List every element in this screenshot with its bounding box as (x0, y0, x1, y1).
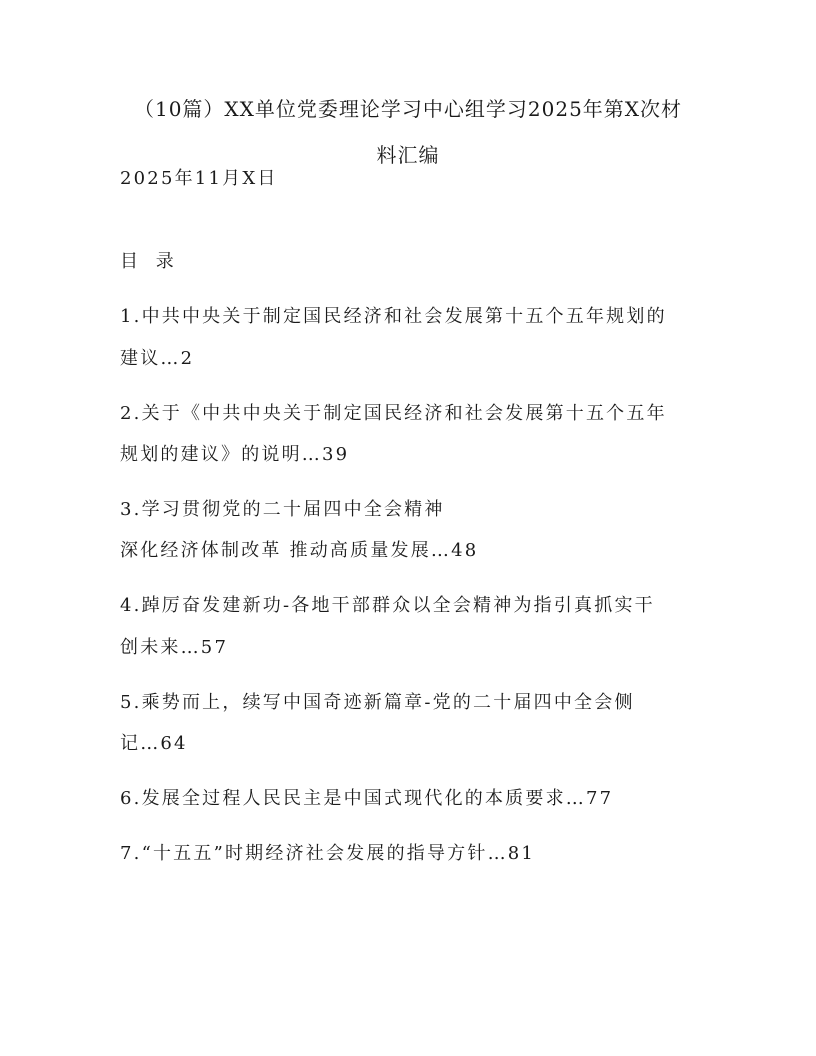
toc-item-5-line-2[interactable]: 记…64 (120, 732, 188, 756)
toc-heading: 目 录 (120, 250, 180, 274)
toc-item-5-line-1[interactable]: 5.乘势而上，续写中国奇迹新篇章-党的二十届四中全会侧 (120, 691, 635, 715)
document-page: （10篇）XX单位党委理论学习中心组学习2025年第X次材 料汇编 2025年1… (0, 0, 816, 1056)
document-title: （10篇）XX单位党委理论学习中心组学习2025年第X次材 料汇编 (100, 86, 716, 178)
toc-item-6[interactable]: 6.发展全过程人民民主是中国式现代化的本质要求…77 (120, 787, 613, 811)
toc-item-3-line-2[interactable]: 深化经济体制改革 推动高质量发展…48 (120, 539, 478, 563)
toc-item-3-line-1[interactable]: 3.学习贯彻党的二十届四中全会精神 (120, 498, 445, 522)
toc-item-7[interactable]: 7.“十五五”时期经济社会发展的指导方针…81 (120, 842, 535, 866)
toc-item-4-line-1[interactable]: 4.踔厉奋发建新功-各地干部群众以全会精神为指引真抓实干 (120, 594, 655, 618)
toc-item-2-line-2[interactable]: 规划的建议》的说明…39 (120, 443, 349, 467)
toc-item-4-line-2[interactable]: 创未来…57 (120, 636, 228, 660)
toc-item-1-line-1[interactable]: 1.中共中央关于制定国民经济和社会发展第十五个五年规划的 (120, 305, 667, 329)
document-date: 2025年11月X日 (120, 167, 278, 191)
title-line-1: （10篇）XX单位党委理论学习中心组学习2025年第X次材 (100, 86, 716, 132)
toc-item-1-line-2[interactable]: 建议…2 (120, 347, 194, 371)
toc-item-2-line-1[interactable]: 2.关于《中共中央关于制定国民经济和社会发展第十五个五年 (120, 402, 667, 426)
